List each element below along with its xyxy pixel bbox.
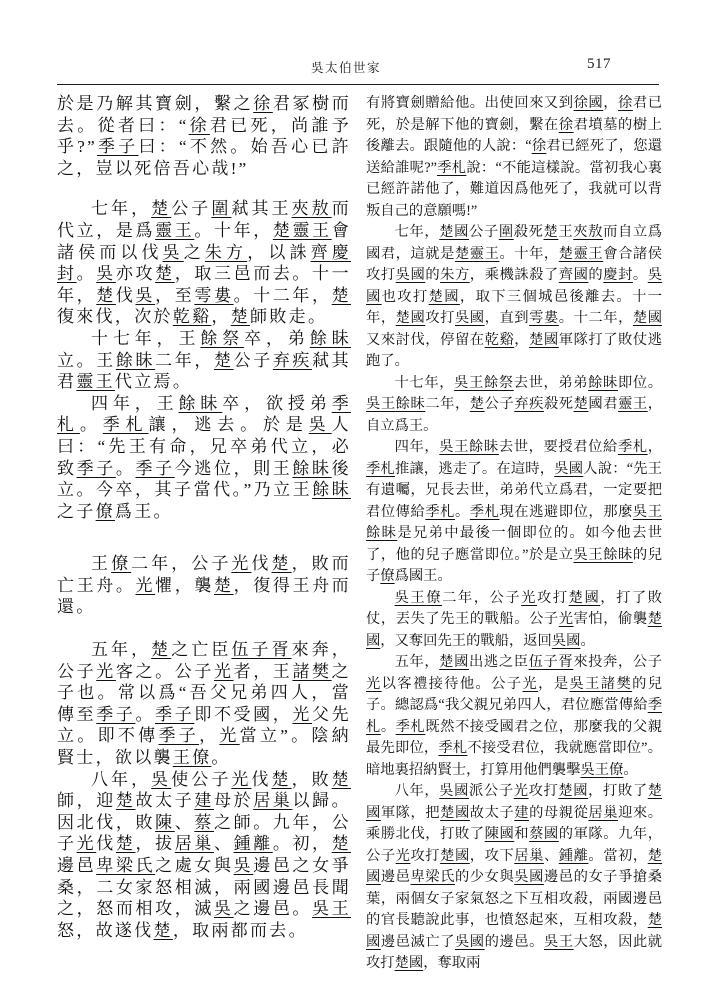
page-number: 517 (587, 56, 611, 73)
proper-noun-underline: 卑梁氏 (410, 869, 454, 885)
proper-noun-underline: 僚 (380, 568, 394, 584)
proper-noun-underline: 徐 (559, 117, 574, 133)
proper-noun-underline: 吳王 (574, 547, 604, 563)
classical-text-column: 於是乃解其寶劍，繫之徐君冢樹而去。從者曰：“徐君已死，尚誰予乎?”季子曰：“不然… (57, 93, 351, 941)
proper-noun-underline: 僚 (96, 502, 115, 521)
proper-noun-underline: 乾谿 (173, 307, 212, 326)
proper-noun-underline: 吳國 (439, 783, 469, 799)
proper-noun-underline: 蔡國 (529, 826, 559, 842)
proper-noun-underline: 季札 (103, 415, 149, 434)
proper-noun-underline: 吳王 (633, 504, 662, 520)
classical-paragraph: 王僚二年，公子光伐楚，敗而亡王舟。光懼，襲楚，復得王舟而還。 (57, 553, 351, 618)
proper-noun-underline: 季札 (437, 160, 466, 176)
classical-paragraph: 十七年，王餘祭卒，弟餘眛立。王餘眛二年，楚公子弃疾弒其君靈王代立焉。 (57, 328, 351, 393)
proper-noun-underline: 雩婁 (194, 286, 233, 305)
translation-paragraph: 十七年，吳王餘祭去世，弟弟餘眛即位。吳王餘眛二年，楚公子弃疾殺死楚國君靈王，自立… (366, 373, 662, 438)
proper-noun-underline: 吳 (163, 243, 184, 262)
proper-noun-underline: 吳 (151, 770, 171, 789)
proper-noun-underline: 雩婁 (529, 310, 559, 326)
proper-noun-underline: 季札 (425, 504, 455, 520)
proper-noun-underline: 楚 (214, 351, 234, 370)
proper-noun-underline: 僚 (609, 762, 623, 778)
proper-noun-underline: 楚 (332, 770, 351, 789)
proper-noun-underline: 楚國 (529, 332, 559, 348)
proper-noun-underline: 吳王 (312, 899, 351, 918)
proper-noun-underline: 吳王 (439, 439, 469, 455)
proper-noun-underline: 弃疾 (514, 396, 544, 412)
proper-noun-underline: 楚國 (395, 955, 424, 971)
proper-noun-underline: 楚國 (439, 224, 469, 240)
proper-noun-underline: 季札 (618, 439, 648, 455)
proper-noun-underline: 餘眛 (588, 375, 618, 391)
proper-noun-underline: 吳國 (396, 267, 426, 283)
proper-noun-underline: 楚國 (366, 611, 662, 649)
proper-noun-underline: 餘眛 (603, 547, 633, 563)
proper-noun-underline: 季札 (438, 740, 467, 756)
proper-noun-underline: 餘眛 (469, 439, 499, 455)
proper-noun-underline: 靈王 (76, 372, 115, 391)
proper-noun-underline: 吳 (309, 415, 332, 434)
proper-noun-underline: 僚 (111, 554, 131, 573)
proper-noun-underline: 餘眛 (179, 394, 223, 413)
proper-noun-underline: 楚 (151, 640, 171, 659)
proper-noun-underline: 楚 (154, 921, 173, 940)
proper-noun-underline: 伍子胥 (231, 640, 291, 659)
proper-noun-underline: 靈王 (618, 396, 648, 412)
proper-noun-underline: 居巢 (253, 791, 292, 810)
proper-noun-underline: 楚靈王 (455, 246, 499, 262)
proper-noun-underline: 卑梁氏 (96, 856, 155, 875)
proper-noun-underline: 吳王 (580, 762, 609, 778)
proper-noun-underline: 吳王 (366, 396, 396, 412)
proper-noun-underline: 季子 (135, 459, 174, 478)
proper-noun-underline: 光 (523, 676, 539, 692)
proper-noun-underline: 季子 (158, 726, 199, 745)
proper-noun-underline: 楚 (272, 770, 292, 789)
proper-noun-underline: 諸樊 (601, 676, 632, 692)
translation-paragraph: 四年，吳王餘眛去世，要授君位給季札，季札推讓，逃走了。在這時，吳國人說：“先王有… (366, 437, 662, 588)
proper-noun-underline: 楚國 (440, 805, 470, 821)
proper-noun-underline: 伍子胥 (529, 654, 574, 670)
translation-paragraph: 五年，楚國出逃之臣伍子胥來投奔，公子光以客禮接待他。公子光，是吳王諸樊的兒子。總… (366, 652, 662, 781)
proper-noun-underline: 楚國 (439, 654, 469, 670)
proper-noun-underline: 蔡 (194, 813, 214, 832)
proper-noun-underline: 居巢 (514, 848, 544, 864)
proper-noun-underline: 吳國 (455, 310, 485, 326)
proper-noun-underline: 僚 (426, 590, 442, 606)
proper-noun-underline: 吳王 (395, 590, 427, 606)
proper-noun-underline: 楚靈王 (559, 246, 603, 262)
proper-noun-underline: 光 (77, 834, 97, 853)
proper-noun-underline: 楚靈王 (273, 221, 332, 240)
proper-noun-underline: 光 (521, 590, 537, 606)
proper-noun-underline: 季子 (96, 705, 135, 724)
proper-noun-underline: 季札 (366, 461, 395, 477)
proper-noun-underline: 楚 (544, 224, 559, 240)
proper-noun-underline: 餘眛 (396, 396, 426, 412)
proper-noun-underline: 楚 (574, 396, 589, 412)
proper-noun-underline: 楚國 (633, 310, 662, 326)
proper-noun-underline: 光 (514, 783, 529, 799)
proper-noun-underline: 徐 (618, 95, 633, 111)
proper-noun-underline: 餘眛 (366, 525, 397, 541)
translation-paragraph: 七年，楚國公子圍殺死楚王夾敖而自立爲國君，這就是楚靈王。十年，楚靈王會合諸侯攻打… (366, 222, 662, 373)
proper-noun-underline: 楚 (116, 834, 136, 853)
proper-noun-underline: 餘祭 (200, 329, 244, 348)
proper-noun-underline: 光 (231, 770, 251, 789)
proper-noun-underline: 季子 (155, 705, 194, 724)
translation-text-column: 有將寶劍贈給他。出使回來又到徐國，徐君已死，於是解下他的寶劍，繫在徐君墳墓的樹上… (366, 93, 662, 975)
proper-noun-underline: 徐國 (574, 95, 604, 111)
proper-noun-underline: 齊 (311, 243, 332, 262)
proper-noun-underline: 齊國 (559, 267, 589, 283)
classical-paragraph: 七年，楚公子圍弒其王夾敖而代立，是爲靈王。十年，楚靈王會諸侯而以伐吳之朱方，以誅… (57, 198, 351, 328)
proper-noun-underline: 吳 (234, 856, 254, 875)
proper-noun-underline: 楚 (332, 834, 351, 853)
proper-noun-underline: 圍 (499, 224, 514, 240)
proper-noun-underline: 楚 (96, 286, 116, 305)
proper-noun-underline: 吳國 (455, 934, 485, 950)
translation-paragraph: 有將寶劍贈給他。出使回來又到徐國，徐君已死，於是解下他的寶劍，繫在徐君墳墓的樹上… (366, 93, 662, 222)
proper-noun-underline: 陳國 (485, 826, 515, 842)
proper-noun-underline: 楚 (155, 264, 175, 283)
proper-noun-underline: 朱方 (205, 243, 247, 262)
proper-noun-underline: 朱方 (440, 267, 470, 283)
proper-noun-underline: 居巢 (175, 834, 214, 853)
proper-noun-underline: 吳 (135, 286, 155, 305)
classical-paragraph: 於是乃解其寶劍，繫之徐君冢樹而去。從者曰：“徐君已死，尚誰予乎?”季子曰：“不然… (57, 93, 351, 179)
proper-noun-underline: 光 (396, 848, 411, 864)
proper-noun-underline: 楚國 (396, 310, 426, 326)
translation-paragraph: 吳王僚二年，公子光攻打楚國，打了敗仗，丟失了先王的戰船。公子光害怕，偷襲楚國，又… (366, 588, 662, 653)
proper-noun-underline: 吳 (214, 899, 234, 918)
proper-noun-underline: 楚國 (440, 848, 470, 864)
proper-noun-underline: 光 (559, 611, 574, 627)
proper-noun-underline: 吳王 (454, 375, 484, 391)
proper-noun-underline: 靈王 (155, 221, 194, 240)
proper-noun-underline: 楚國 (558, 783, 588, 799)
proper-noun-underline: 徐 (532, 138, 547, 154)
proper-noun-underline: 季子 (97, 137, 139, 156)
proper-noun-underline: 光 (219, 726, 239, 745)
book-page: 吳太伯世家 517 於是乃解其寶劍，繫之徐君冢樹而去。從者曰：“徐君已死，尚誰予… (0, 0, 716, 1000)
proper-noun-underline: 鍾離 (559, 848, 589, 864)
proper-noun-underline: 餘祭 (484, 375, 514, 391)
proper-noun-underline: 鍾離 (234, 834, 273, 853)
proper-noun-underline: 慶封 (603, 267, 633, 283)
proper-noun-underline: 圍 (211, 199, 231, 218)
proper-noun-underline: 楚國 (429, 289, 460, 305)
proper-noun-underline: 王僚 (173, 748, 212, 767)
proper-noun-underline: 楚 (151, 199, 171, 218)
proper-noun-underline: 光 (214, 662, 234, 681)
classical-paragraph: 五年，楚之亡臣伍子胥來奔，公子光客之。公子光者，王諸樊之子也。常以爲“吾父兄弟四… (57, 639, 351, 769)
proper-noun-underline: 夾敖 (573, 224, 603, 240)
proper-noun-underline: 徐 (189, 116, 210, 135)
proper-noun-underline: 吳國 (552, 633, 581, 649)
chapter-title: 吳太伯世家 (45, 58, 647, 76)
running-header: 吳太伯世家 517 (57, 58, 659, 80)
proper-noun-underline: 季子 (77, 459, 116, 478)
proper-noun-underline: 楚 (214, 576, 234, 595)
proper-noun-underline: 光 (231, 554, 251, 573)
proper-noun-underline: 吳王 (544, 934, 574, 950)
proper-noun-underline: 餘眛 (292, 459, 331, 478)
proper-noun-underline: 光 (366, 676, 382, 692)
proper-noun-underline: 徐 (253, 94, 273, 113)
proper-noun-underline: 季札 (396, 719, 426, 735)
proper-noun-underline: 光 (96, 662, 116, 681)
proper-noun-underline: 楚 (231, 307, 250, 326)
proper-noun-underline: 楚 (272, 554, 292, 573)
proper-noun-underline: 餘眛 (116, 351, 155, 370)
translation-paragraph: 八年，吳國派公子光攻打楚國，打敗了楚國軍隊，把楚國故太子建的母親從居巢迎來。乘勝… (366, 781, 662, 975)
proper-noun-underline: 諸樊 (292, 662, 331, 681)
proper-noun-underline: 光 (292, 705, 312, 724)
proper-noun-underline: 建 (194, 791, 214, 810)
proper-noun-underline: 建 (514, 805, 529, 821)
proper-noun-underline: 吳國 (554, 461, 583, 477)
proper-noun-underline: 陳 (155, 813, 175, 832)
proper-noun-underline: 夾敖 (292, 199, 332, 218)
proper-noun-underline: 季札 (470, 504, 500, 520)
classical-paragraph: 四年，王餘眛卒，欲授弟季札。季札讓，逃去。於是吳人曰：“先王有命，兄卒弟代立，必… (57, 393, 351, 523)
proper-noun-underline: 弃疾 (273, 351, 312, 370)
proper-noun-underline: 楚國 (569, 590, 601, 606)
classical-paragraph: 八年，吳使公子光伐楚，敗楚師，迎楚故太子建母於居巢以歸。因北伐，敗陳、蔡之師。九… (57, 769, 351, 942)
proper-noun-underline: 吳國 (514, 869, 544, 885)
proper-noun-underline: 餘眛 (310, 329, 351, 348)
proper-noun-underline: 光 (135, 576, 155, 595)
proper-noun-underline: 楚 (470, 396, 485, 412)
proper-noun-underline: 楚國 (366, 912, 662, 950)
header-rule (57, 84, 659, 85)
proper-noun-underline: 楚 (332, 286, 351, 305)
proper-noun-underline: 餘眛 (312, 480, 351, 499)
proper-noun-underline: 楚 (116, 791, 136, 810)
proper-noun-underline: 居巢 (588, 805, 618, 821)
proper-noun-underline: 吳王 (569, 676, 600, 692)
proper-noun-underline: 吳 (96, 264, 116, 283)
proper-noun-underline: 乾谿 (485, 332, 515, 348)
